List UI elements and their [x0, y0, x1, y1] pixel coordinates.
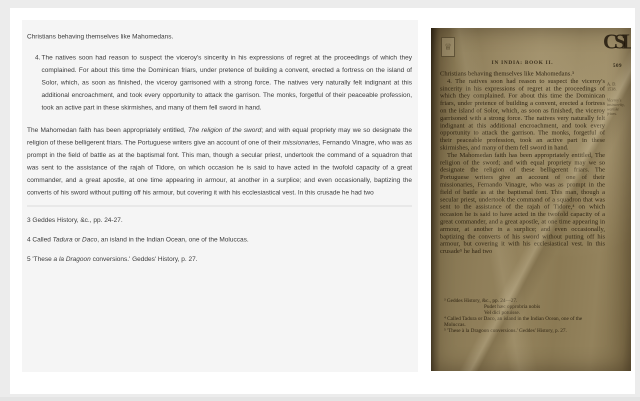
margin-year-line: 1538.	[607, 87, 630, 92]
page-bottom-edge	[0, 397, 640, 401]
scan-paragraph: The Mahomedan faith has been appropriate…	[440, 151, 605, 255]
scan-footnotes: ³ Geddes History, &c., pp. 24—27. Pudet …	[444, 298, 603, 334]
body-paragraph: The Mahomedan faith has been appropriate…	[27, 124, 412, 199]
screenshot-root: { "colors": { "page_bg": "#ececec", "car…	[0, 0, 640, 401]
scan-body-text: Christians behaving themselves like Maho…	[440, 70, 605, 296]
scan-footnote-line: ⁴ Called Tadura or Daco, an island in th…	[444, 316, 603, 328]
margin-note-line: friars.	[607, 112, 630, 117]
scan-footnote-line: ⁵ 'These à la Dragoon conversions.' Gedd…	[444, 328, 603, 334]
numbered-paragraph-text: The natives soon had reason to suspect t…	[42, 51, 413, 114]
scan-margin-year: A. D. 1538.	[607, 82, 630, 92]
scan-paragraph: 4. The natives soon had reason to suspec…	[440, 77, 605, 151]
content-card: Christians behaving themselves like Maho…	[10, 8, 635, 394]
csl-monogram: CSL	[603, 30, 631, 54]
footnote-3: 3 Geddes History, &c., pp. 24-27.	[27, 214, 412, 227]
library-stamp-icon: ♕	[441, 37, 455, 57]
footnote-5: 5 'These a la Dragoon conversions.' Gedd…	[27, 253, 412, 266]
scanned-page-content: ♕ CSL IN INDIA: BOOK II. 509 A. D. 1538.…	[431, 28, 631, 371]
transcription-content: Christians behaving themselves like Maho…	[22, 20, 418, 372]
scan-margin-note: Viceroy's insincerity, warlike friars.	[607, 98, 630, 116]
footnote-divider	[27, 206, 412, 207]
section-heading: Christians behaving themselves like Maho…	[27, 30, 412, 43]
scanned-page-image: ♕ CSL IN INDIA: BOOK II. 509 A. D. 1538.…	[431, 28, 631, 371]
scan-page-number: 509	[613, 63, 622, 69]
scan-running-header: IN INDIA: BOOK II.	[440, 60, 605, 66]
numbered-paragraph: 4. The natives soon had reason to suspec…	[35, 51, 412, 114]
footnote-4: 4 Called Tadura or Daco, an island in th…	[27, 233, 412, 246]
transcription-panel: Christians behaving themselves like Maho…	[22, 20, 418, 372]
